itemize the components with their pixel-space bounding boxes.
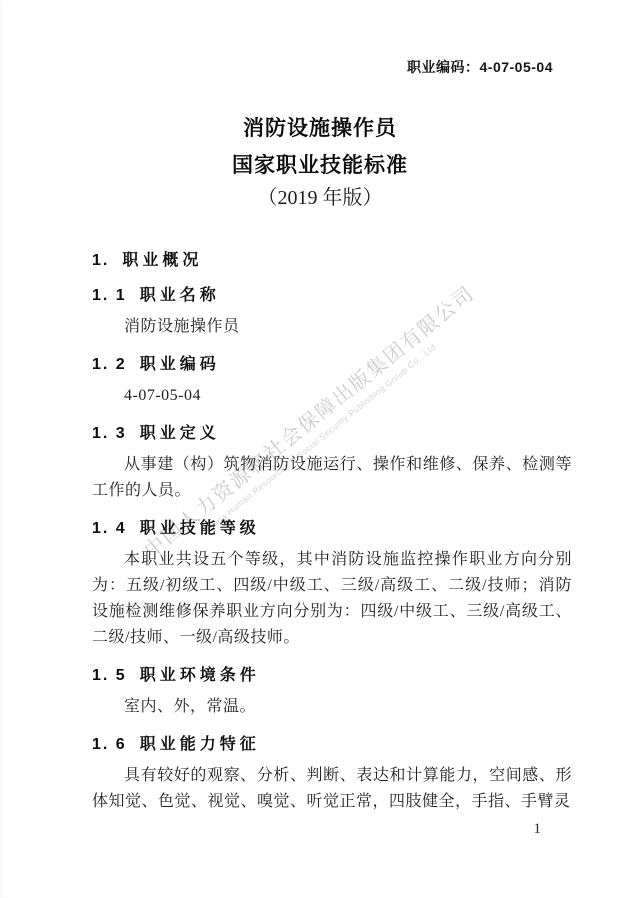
section-heading-1-2: 1. 2职业编码 [92, 354, 572, 375]
section-heading-1-1: 1. 1职业名称 [92, 285, 572, 306]
section-number: 1. 2 [92, 354, 127, 375]
title-block: 消防设施操作员 国家职业技能标准 （2019 年版） [0, 110, 640, 212]
section-title: 职业名称 [140, 285, 220, 306]
occupation-code-header: 职业编码：4-07-05-04 [92, 58, 553, 76]
section-heading-1-4: 1. 4职业技能等级 [92, 518, 572, 539]
document-title-line1: 消防设施操作员 [0, 110, 640, 147]
edition-line: （2019 年版） [0, 184, 640, 212]
paragraph-occupation-code: 4-07-05-04 [92, 383, 572, 409]
paragraph-occupation-name: 消防设施操作员 [92, 314, 572, 340]
section-number: 1. [92, 250, 109, 271]
section-number: 1. 1 [92, 285, 127, 306]
document-content: 职业编码：4-07-05-04 消防设施操作员 国家职业技能标准 （2019 年… [0, 58, 640, 815]
section-title: 职业概况 [122, 250, 202, 271]
section-number: 1. 3 [92, 423, 127, 444]
section-number: 1. 5 [92, 665, 127, 686]
paragraph-environment: 室内、外，常温。 [92, 694, 572, 720]
section-title: 职业能力特征 [140, 734, 260, 755]
document-title-line2: 国家职业技能标准 [0, 147, 640, 184]
section-heading-1-6: 1. 6职业能力特征 [92, 734, 572, 755]
paragraph-skill-levels: 本职业共设五个等级，其中消防设施监控操作职业方向分别为：五级/初级工、四级/中级… [92, 547, 572, 651]
section-heading-1-3: 1. 3职业定义 [92, 423, 572, 444]
section-heading-1: 1.职业概况 [92, 250, 572, 271]
section-title: 职业编码 [140, 354, 220, 375]
section-heading-1-5: 1. 5职业环境条件 [92, 665, 572, 686]
page-number: 1 [534, 820, 542, 838]
section-title: 职业环境条件 [140, 665, 260, 686]
paragraph-ability-traits: 具有较好的观察、分析、判断、表达和计算能力，空间感、形体知觉、色觉、视觉、嗅觉、… [92, 763, 572, 815]
section-title: 职业技能等级 [140, 518, 260, 539]
document-page: 中国人力资源和社会保障出版集团有限公司 China Human Resource… [0, 0, 640, 898]
section-title: 职业定义 [140, 423, 220, 444]
section-number: 1. 6 [92, 734, 127, 755]
paragraph-occupation-definition: 从事建（构）筑物消防设施运行、操作和维修、保养、检测等工作的人员。 [92, 452, 572, 504]
section-number: 1. 4 [92, 518, 127, 539]
